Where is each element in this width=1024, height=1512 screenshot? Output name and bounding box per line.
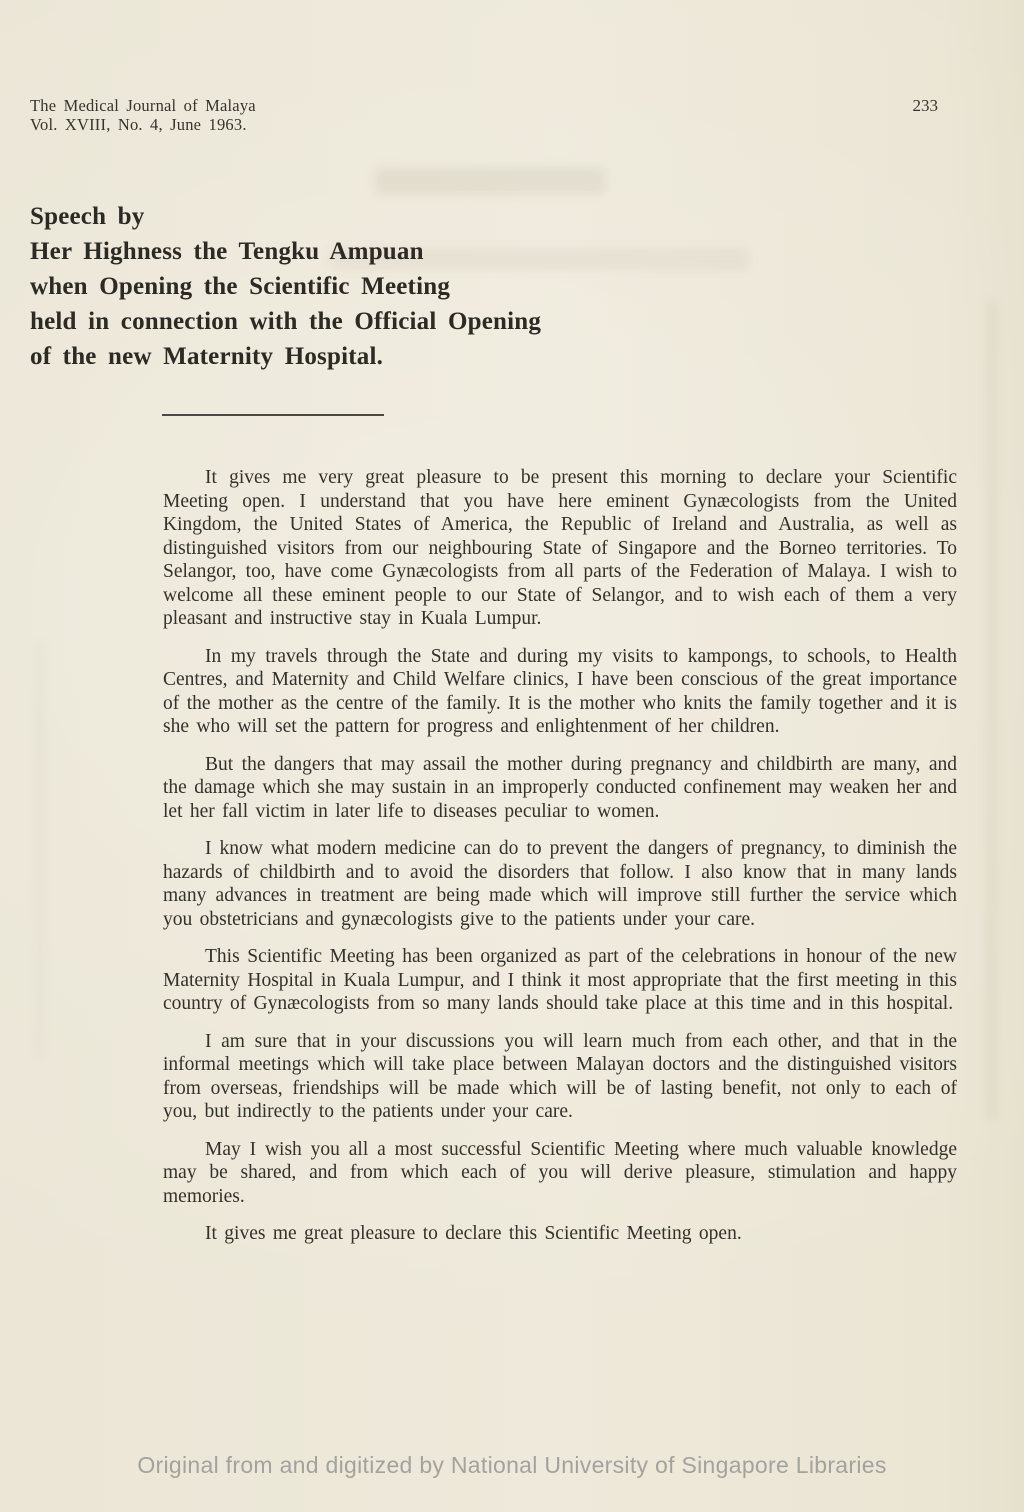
page-header: The Medical Journal of Malaya Vol. XVIII… [30, 96, 954, 134]
show-through-ghost [375, 168, 605, 194]
digitization-watermark: Original from and digitized by National … [0, 1452, 1024, 1479]
journal-issue: Vol. XVIII, No. 4, June 1963. [30, 115, 256, 134]
speech-title-line: held in connection with the Official Ope… [30, 304, 670, 339]
title-divider-rule [162, 414, 384, 416]
speech-title-line: Her Highness the Tengku Ampuan [30, 234, 670, 269]
speech-paragraph: It gives me great pleasure to declare th… [163, 1222, 957, 1246]
speech-paragraph: This Scientific Meeting has been organiz… [163, 945, 957, 1016]
speech-title-line: when Opening the Scientific Meeting [30, 269, 670, 304]
speech-title-line: Speech by [30, 199, 670, 234]
show-through-ghost [985, 300, 999, 1120]
scanned-journal-page: The Medical Journal of Malaya Vol. XVIII… [0, 0, 1024, 1512]
speech-title-line: of the new Maternity Hospital. [30, 339, 670, 374]
show-through-ghost [35, 640, 45, 1060]
speech-paragraph: I know what modern medicine can do to pr… [163, 837, 957, 931]
speech-paragraph: In my travels through the State and duri… [163, 645, 957, 739]
journal-name: The Medical Journal of Malaya [30, 96, 256, 115]
speech-paragraph: I am sure that in your discussions you w… [163, 1030, 957, 1124]
page-number: 233 [913, 96, 939, 116]
journal-masthead: The Medical Journal of Malaya Vol. XVIII… [30, 96, 256, 134]
speech-paragraph: It gives me very great pleasure to be pr… [163, 466, 957, 631]
speech-paragraph: But the dangers that may assail the moth… [163, 753, 957, 824]
speech-paragraph: May I wish you all a most successful Sci… [163, 1138, 957, 1209]
speech-title: Speech by Her Highness the Tengku Ampuan… [30, 199, 670, 374]
speech-body: It gives me very great pleasure to be pr… [163, 466, 957, 1246]
